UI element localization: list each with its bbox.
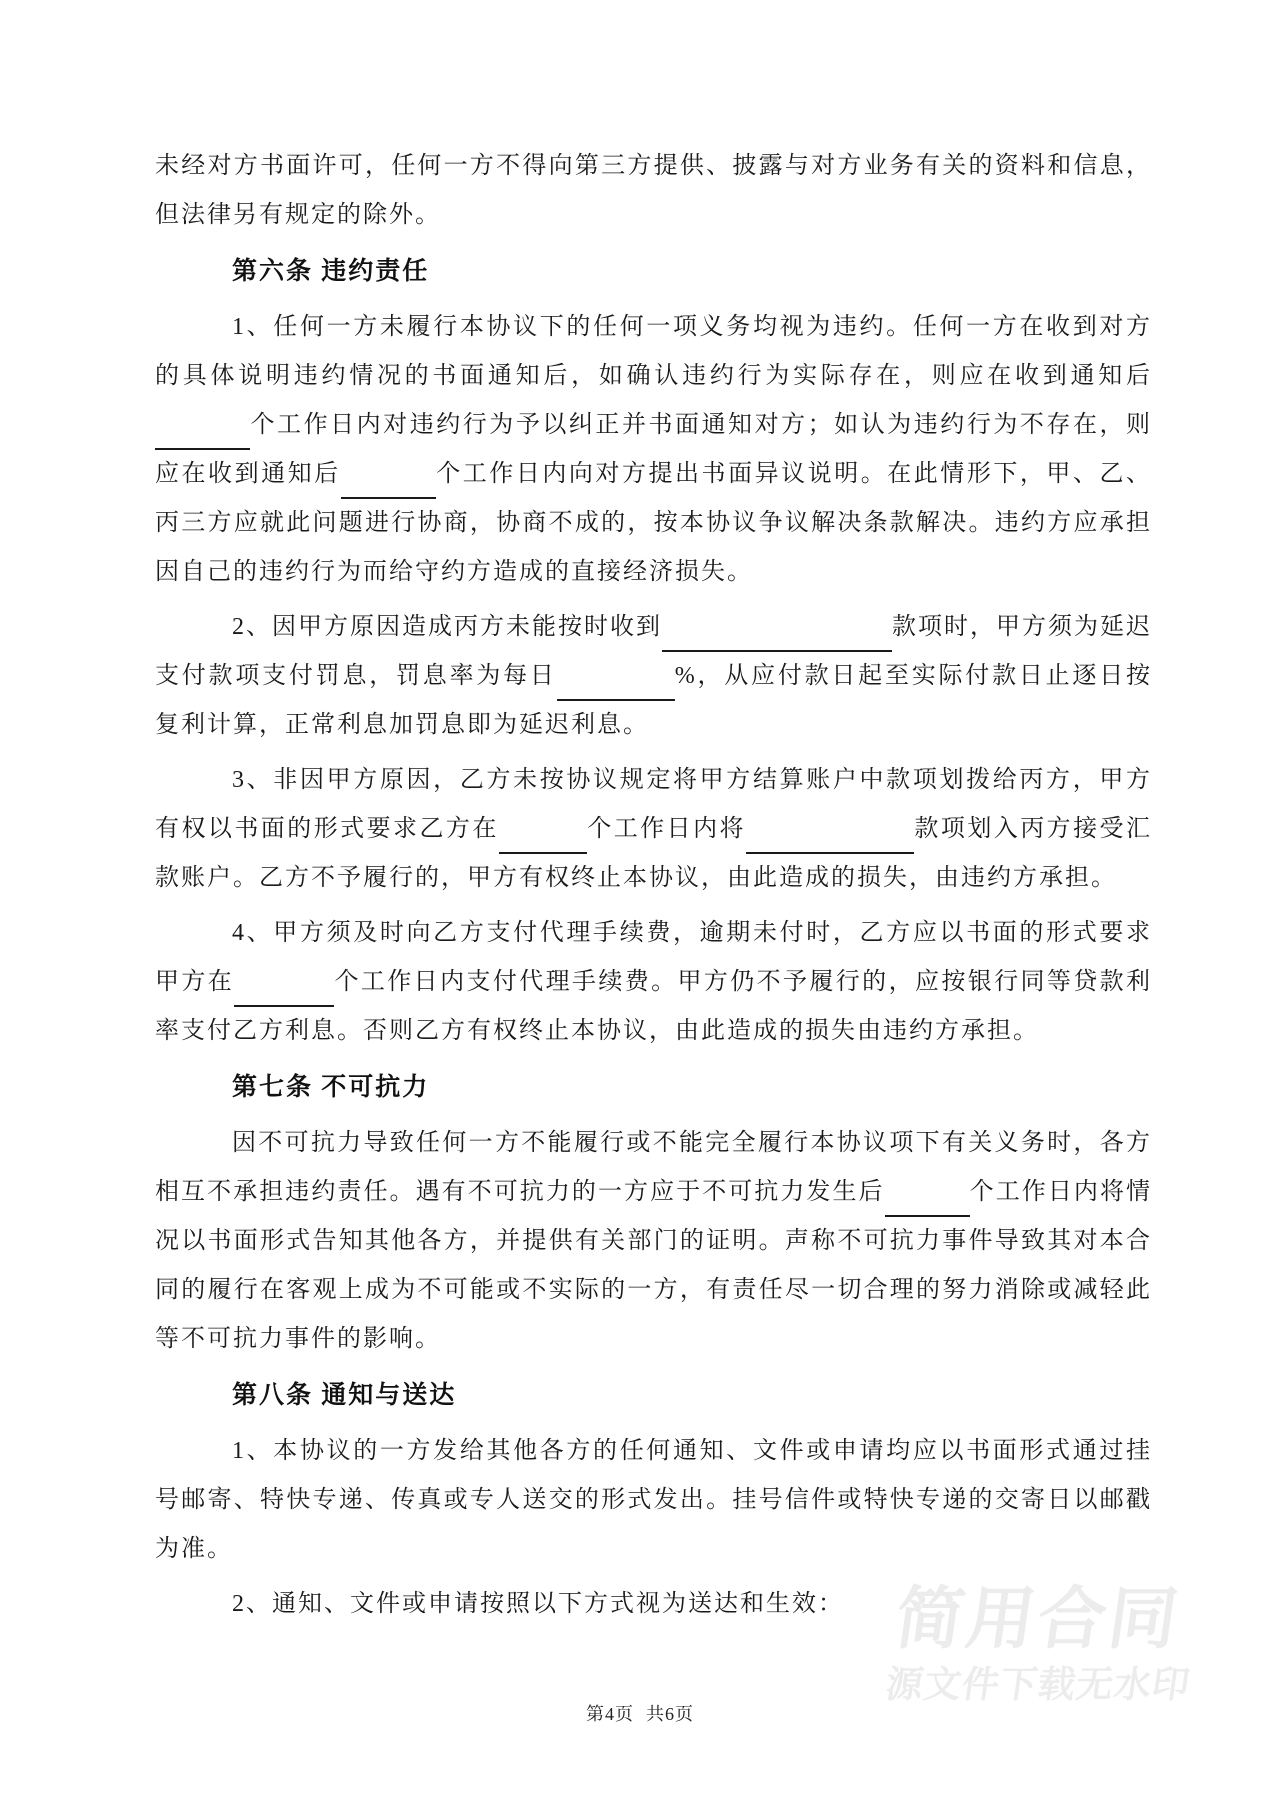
paragraph: 2、因甲方原因造成丙方未能按时收到款项时，甲方须为延迟支付款项支付罚息，罚息率为… [155, 603, 1152, 750]
blank-field [499, 826, 587, 854]
document-body: 未经对方书面许可，任何一方不得向第三方提供、披露与对方业务有关的资料和信息，但法… [155, 136, 1152, 1635]
footer-page-total: 共6页 [646, 1704, 694, 1724]
paragraph: 2、通知、文件或申请按照以下方式视为送达和生效： [155, 1580, 1152, 1629]
blank-field [341, 471, 436, 499]
footer-page-number: 第4页 [586, 1704, 634, 1724]
paragraph: 未经对方书面许可，任何一方不得向第三方提供、披露与对方业务有关的资料和信息，但法… [155, 142, 1152, 240]
section-heading: 第六条 违约责任 [155, 247, 1152, 296]
blank-field [155, 422, 250, 450]
paragraph: 4、甲方须及时向乙方支付代理手续费，逾期未付时，乙方应以书面的形式要求甲方在个工… [155, 909, 1152, 1056]
section-heading: 第八条 通知与送达 [155, 1371, 1152, 1420]
paragraph: 1、任何一方未履行本协议下的任何一项义务均视为违约。任何一方在收到对方的具体说明… [155, 303, 1152, 597]
blank-field [234, 979, 334, 1007]
blank-field [746, 826, 914, 854]
paragraph: 1、本协议的一方发给其他各方的任何通知、文件或申请均应以书面形式通过挂号邮寄、特… [155, 1427, 1152, 1574]
paragraph: 3、非因甲方原因，乙方未按协议规定将甲方结算账户中款项划拨给丙方，甲方有权以书面… [155, 756, 1152, 903]
page-footer: 第4页共6页 [0, 1700, 1280, 1726]
paragraph: 因不可抗力导致任何一方不能履行或不能完全履行本协议项下有关义务时，各方相互不承担… [155, 1119, 1152, 1364]
document-page: 未经对方书面许可，任何一方不得向第三方提供、披露与对方业务有关的资料和信息，但法… [0, 0, 1280, 1810]
text-run: 2、因甲方原因造成丙方未能按时收到 [232, 614, 662, 640]
text-run: 个工作日内将 [587, 816, 746, 842]
text-run: 1、本协议的一方发给其他各方的任何通知、文件或申请均应以书面形式通过挂号邮寄、特… [155, 1438, 1152, 1562]
text-run: 1、任何一方未履行本协议下的任何一项义务均视为违约。任何一方在收到对方的具体说明… [155, 314, 1152, 389]
section-heading: 第七条 不可抗力 [155, 1063, 1152, 1112]
text-run: 2、通知、文件或申请按照以下方式视为送达和生效： [232, 1591, 844, 1617]
blank-field [662, 624, 892, 652]
text-run: 未经对方书面许可，任何一方不得向第三方提供、披露与对方业务有关的资料和信息，但法… [155, 153, 1152, 228]
blank-field [885, 1189, 970, 1217]
blank-field [557, 673, 675, 701]
